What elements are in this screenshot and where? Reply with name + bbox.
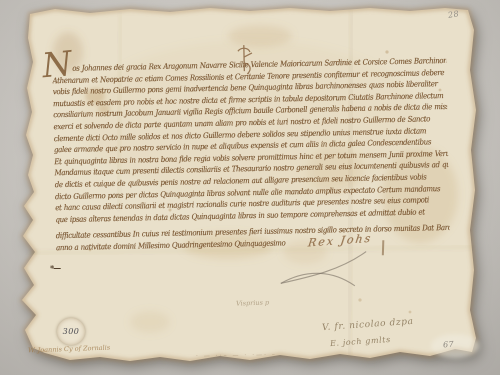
bottom-center-faint-marks: · — ··– — · ·—· – xyxy=(196,351,277,359)
pencil-number-top-right: 28 xyxy=(447,9,460,20)
illuminated-initial: N xyxy=(41,47,74,84)
sticker-number: 300 xyxy=(63,327,80,336)
collection-sticker: 300 xyxy=(57,318,85,345)
notarial-mark-icon xyxy=(233,43,256,77)
center-faint-annotation: Visprius p xyxy=(236,298,269,307)
photo-backdrop: os Johannes dei gracia Rex Aragonum Nava… xyxy=(0,0,500,375)
pencil-number-bottom-right: 67 xyxy=(443,340,455,350)
ink-stray-mark xyxy=(382,240,384,255)
left-margin-mark: *— xyxy=(50,263,60,273)
pen-flourish xyxy=(270,247,381,291)
